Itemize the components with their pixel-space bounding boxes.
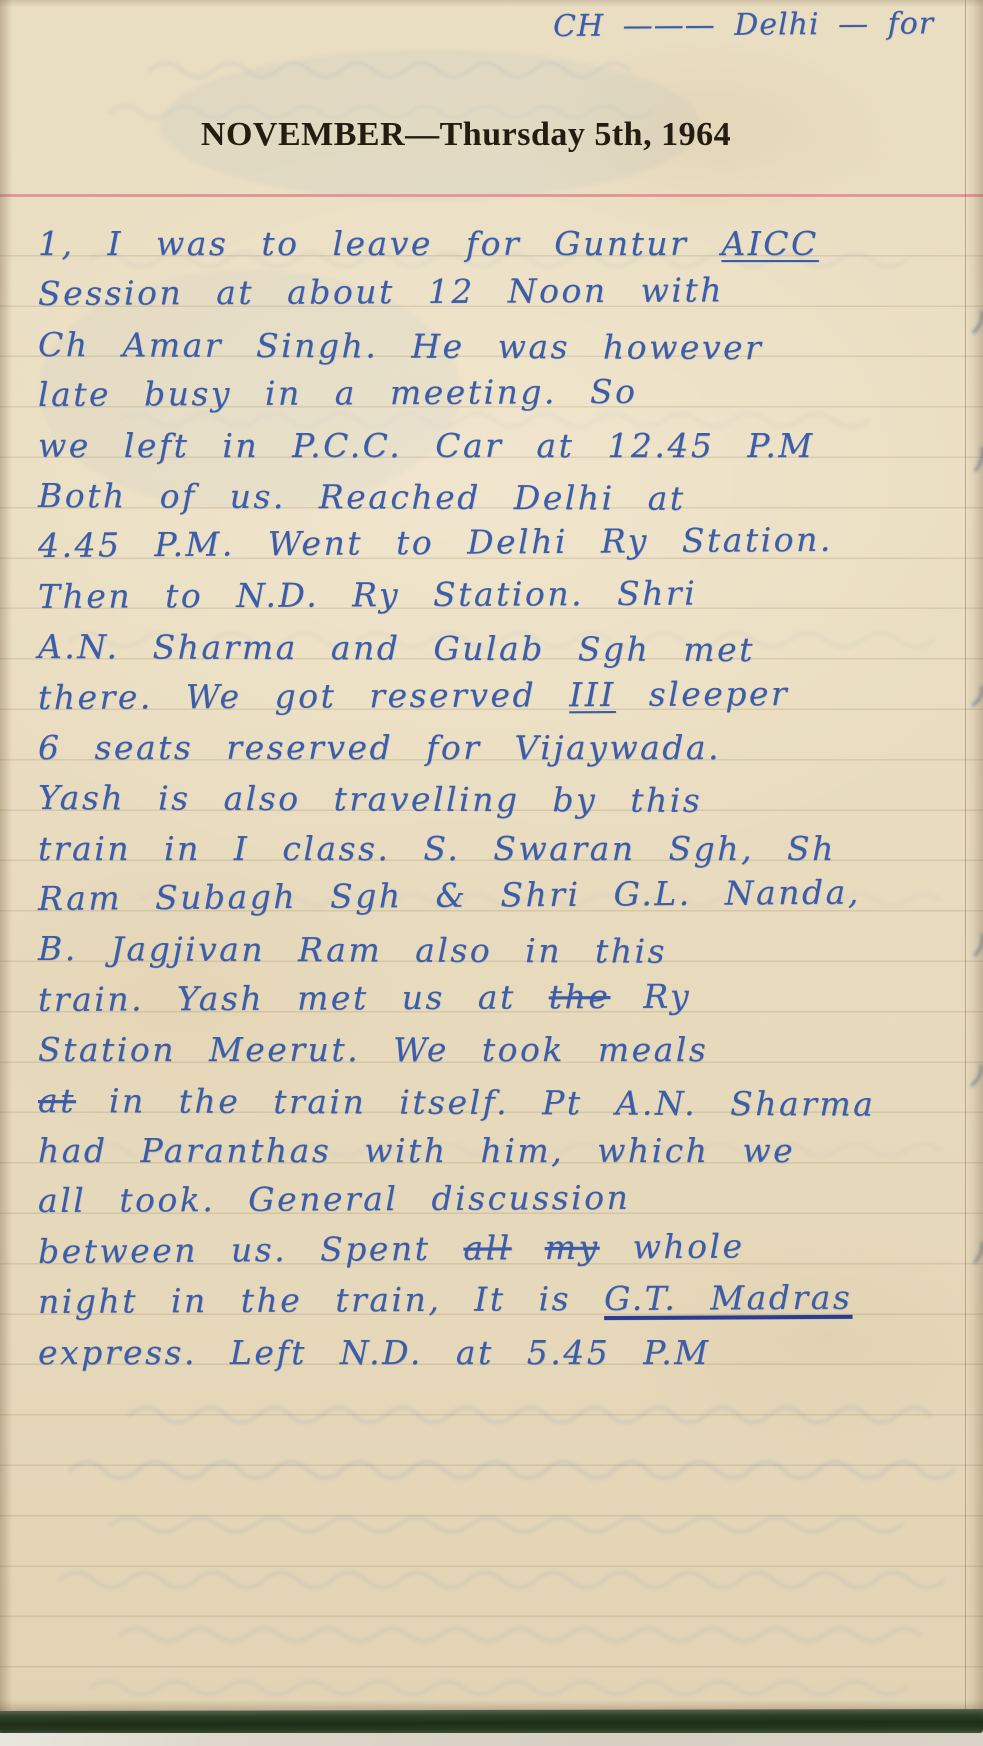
page-date-header: NOVEMBER—Thursday 5th, 1964 — [0, 116, 932, 154]
text-segment: sleeper — [616, 674, 790, 714]
text-segment: — — [819, 7, 887, 42]
text-segment: G.T. Madras — [604, 1278, 852, 1318]
text-segment: Ry — [610, 976, 691, 1015]
text-segment: late busy in a meeting. So — [38, 372, 638, 414]
entry-line: express. Left N.D. at 5.45 P.M — [38, 1328, 968, 1378]
text-segment: train. Yash met us at — [38, 977, 549, 1019]
diary-page-scan: CH ——— Delhi — for NOVEMBER—Thursday 5th… — [0, 0, 983, 1746]
text-segment: my — [545, 1227, 600, 1266]
top-annotation: CH ——— Delhi — for — [553, 5, 983, 44]
text-segment: 1, I was to leave for Guntur — [38, 224, 721, 263]
text-segment — [512, 1228, 545, 1267]
text-segment: night in the train, It is — [38, 1279, 604, 1321]
entry-line: there. We got reserved III sleeper — [38, 668, 968, 723]
text-segment: whole — [599, 1226, 744, 1266]
entry-line: had Paranthas with him, which we — [38, 1126, 968, 1176]
entry-line: night in the train, It is G.T. Madras — [38, 1272, 968, 1327]
text-segment: all took. General discussion — [38, 1178, 631, 1220]
entry-line: 6 seats reserved for Vijaywada. — [38, 723, 968, 773]
entry-line: 1, I was to leave for Guntur AICC — [38, 219, 968, 269]
text-segment: had Paranthas with him, which we — [38, 1131, 795, 1170]
text-segment: B. Jagjivan Ram also in this — [38, 929, 667, 971]
entry-line: Yash is also travelling by this — [38, 773, 968, 827]
text-segment: A.N. Sharma and Gulab Sgh met — [38, 627, 755, 669]
header-rule-line — [0, 194, 983, 197]
text-segment: there. We got reserved — [38, 675, 569, 717]
entry-line: 4.45 P.M. Went to Delhi Ry Station. — [38, 514, 968, 572]
text-segment: we left in P.C.C. Car at 12.45 P.M — [38, 426, 815, 465]
entry-line: train. Yash met us at the Ry — [38, 970, 968, 1025]
text-segment: at — [38, 1081, 76, 1120]
text-segment: Station Meerut. We took meals — [38, 1030, 708, 1069]
book-cover-edge — [0, 1709, 983, 1735]
entry-line: at in the train itself. Pt A.N. Sharma — [38, 1076, 968, 1130]
entry-line: we left in P.C.C. Car at 12.45 P.M — [38, 421, 968, 471]
entry-line: Then to N.D. Ry Station. Shri — [38, 567, 968, 622]
text-segment: Then to N.D. Ry Station. Shri — [38, 573, 697, 615]
text-segment: 4.45 P.M. Went to Delhi Ry Station. — [38, 520, 833, 565]
text-segment: Session at about 12 Noon with — [38, 271, 724, 314]
text-segment: Ch Amar Singh. He was however — [38, 325, 763, 367]
entry-line: train in I class. S. Swaran Sgh, Sh — [38, 824, 968, 874]
text-segment: CH — [553, 9, 604, 44]
entry-line: late busy in a meeting. So — [38, 365, 968, 420]
page-edge-right — [965, 0, 983, 1712]
text-segment: ——— — [604, 8, 734, 44]
text-segment: the — [549, 977, 611, 1016]
entry-line: Station Meerut. We took meals — [38, 1025, 968, 1075]
text-segment: Delhi — [734, 7, 820, 43]
text-segment: train in I class. S. Swaran Sgh, Sh — [38, 829, 836, 868]
entry-line: all took. General discussion — [38, 1172, 968, 1227]
text-segment: AICC — [721, 224, 818, 263]
entry-line: between us. Spent all my whole — [38, 1220, 968, 1278]
text-segment: for — [887, 6, 934, 41]
text-segment: III — [569, 674, 616, 713]
entry-line: Ram Subagh Sgh & Shri G.L. Nanda, — [38, 867, 968, 925]
text-segment: express. Left N.D. at 5.45 P.M — [38, 1333, 711, 1372]
text-segment: Yash is also travelling by this — [38, 778, 702, 820]
table-surface — [0, 1733, 983, 1746]
page-edge-left — [0, 0, 12, 1712]
text-segment: all — [463, 1228, 512, 1267]
text-segment: Both of us. Reached Delhi at — [38, 476, 686, 518]
page-edge-top — [0, 0, 983, 7]
entry-line: Session at about 12 Noon with — [38, 265, 968, 320]
text-segment: in the train itself. Pt A.N. Sharma — [76, 1081, 876, 1123]
text-segment: Ram Subagh Sgh & Shri G.L. Nanda, — [38, 873, 861, 918]
text-segment: 6 seats reserved for Vijaywada. — [38, 728, 721, 767]
text-segment: between us. Spent — [38, 1228, 464, 1270]
diary-entry: 1, I was to leave for Guntur AICCSession… — [38, 219, 968, 1378]
